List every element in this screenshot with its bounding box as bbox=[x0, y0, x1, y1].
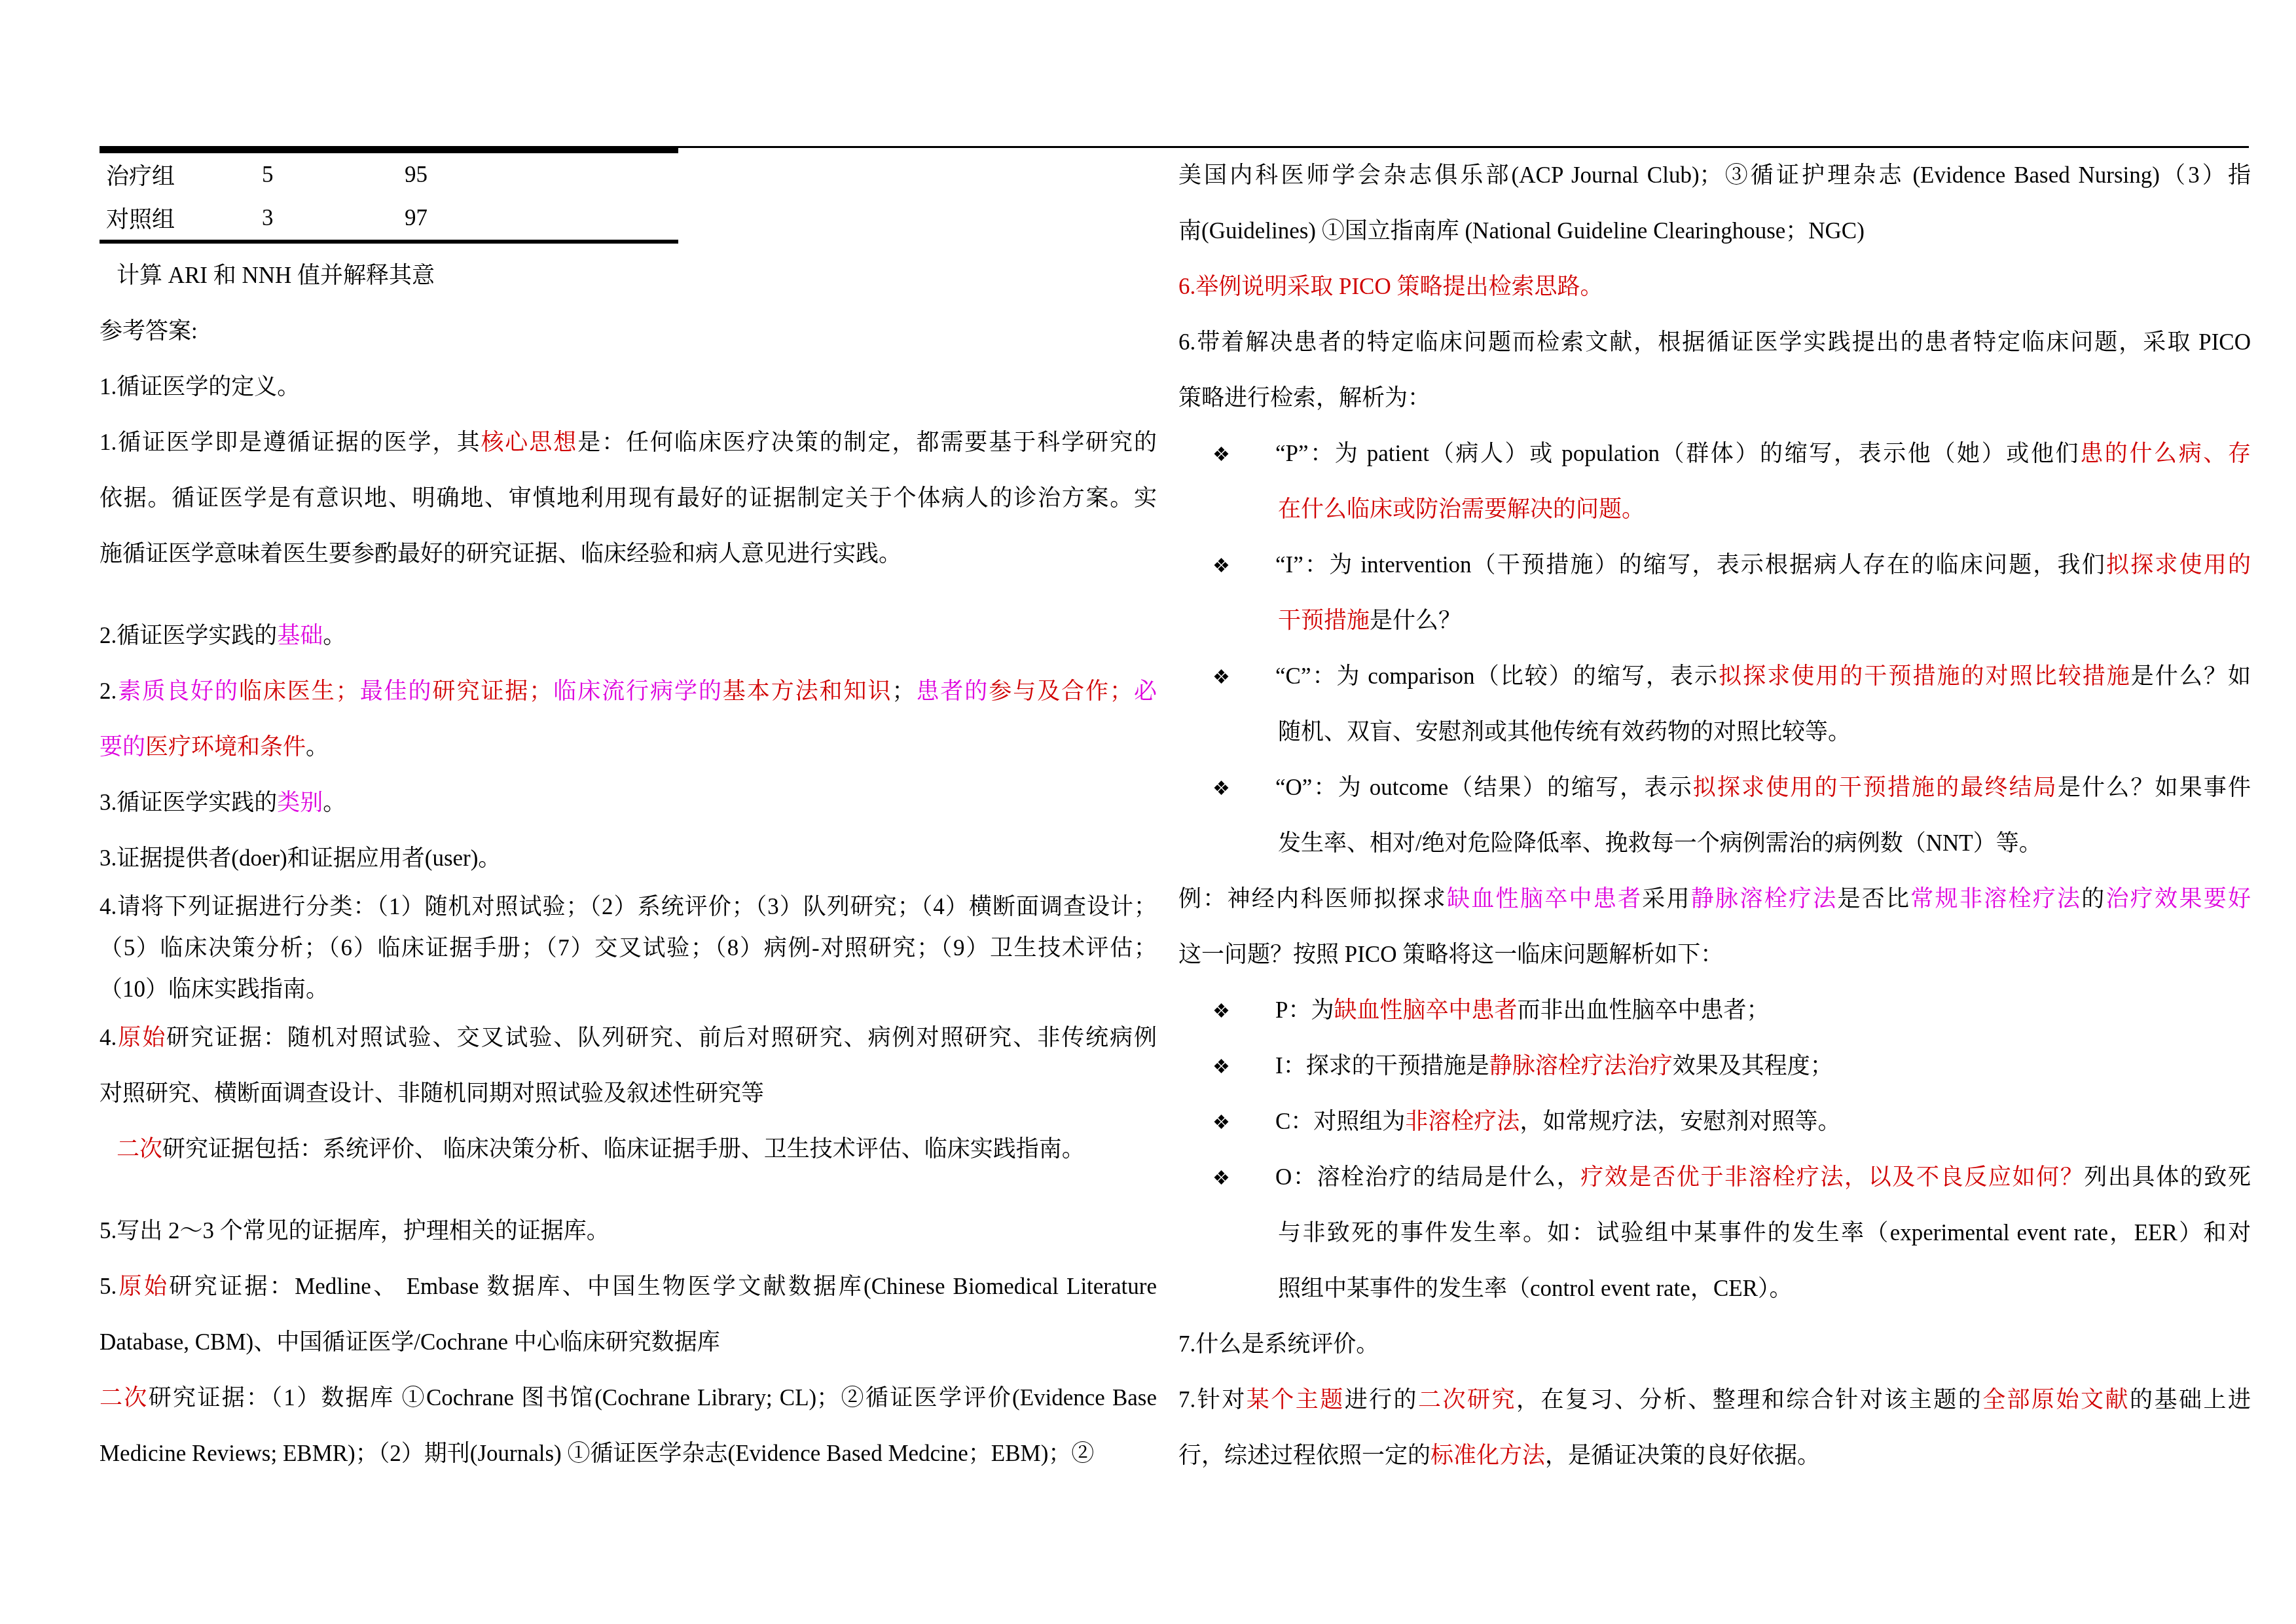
text-line: 2.素质良好的临床医生；最佳的研究证据；临床流行病学的基本方法和知识；患者的参与… bbox=[100, 663, 1157, 719]
diamond-bullet-icon: ❖ bbox=[1212, 650, 1275, 704]
text-span: 基本方法和知识 bbox=[723, 678, 892, 704]
text-span: 最佳的 bbox=[359, 678, 433, 704]
bullet-text-line: ❖C：对照组为非溶栓疗法，如常规疗法，安慰剂对照等。 bbox=[1178, 1094, 2251, 1149]
text-span: 施循证医学意味着医生要参酌最好的研究证据、临床经验和病人意见进行实践。 bbox=[100, 541, 902, 566]
text-span: 5. bbox=[100, 1274, 117, 1299]
text-span: 与非致死的事件发生率。如：试验组中某事件的发生率（experimental ev… bbox=[1278, 1220, 2251, 1246]
text-span: 缺血性脑卒中患者 bbox=[1447, 886, 1642, 912]
text-span: 研究证据：（1）数据库 ①Cochrane 图书馆(Cochrane Libra… bbox=[149, 1385, 1157, 1411]
bullet-text-line: ❖“O”：为 outcome（结果）的缩写，表示拟探求使用的干预措施的最终结局是… bbox=[1178, 760, 2251, 815]
text-span: 基础 bbox=[277, 623, 323, 648]
text-span: 1.循证医学的定义。 bbox=[100, 374, 300, 399]
text-span: 2. bbox=[100, 678, 117, 704]
text-span: 类别 bbox=[277, 790, 323, 815]
text-span: 行，综述过程依照一定的 bbox=[1178, 1443, 1430, 1468]
text-span: 治疗效果要好 bbox=[2106, 886, 2251, 912]
table-cell: 对照组 bbox=[100, 202, 262, 234]
text-span: 照组中某事件的发生率（control event rate，CER）。 bbox=[1278, 1276, 1792, 1301]
diamond-bullet-icon: ❖ bbox=[1212, 761, 1275, 815]
text-line: 行，综述过程依照一定的标准化方法，是循证决策的良好依据。 bbox=[1178, 1428, 2251, 1483]
text-span: 二次 bbox=[100, 1385, 149, 1411]
text-line: 2.循证医学实践的基础。 bbox=[100, 608, 1157, 663]
text-span: 采用 bbox=[1642, 886, 1691, 912]
text-span: （10）临床实践指南。 bbox=[100, 976, 329, 1002]
text-span: “I”：为 intervention（干预措施）的缩写，表示根据病人存在的临床问… bbox=[1275, 552, 2106, 578]
text-line: 例：神经内科医师拟探求缺血性脑卒中患者采用静脉溶栓疗法是否比常规非溶栓疗法的治疗… bbox=[1178, 871, 2251, 927]
table-cell: 95 bbox=[405, 162, 678, 188]
text-span: 是什么？如果事件 bbox=[2058, 775, 2251, 800]
text-span: 6.带着解决患者的特定临床问题而检索文献，根据循证医学实践提出的患者特定临床问题… bbox=[1178, 329, 2251, 355]
text-span: 研究证据：Medline、 Embase 数据库、中国生物医学文献数据库(Chi… bbox=[169, 1274, 1157, 1299]
text-span: 7.什么是系统评价。 bbox=[1178, 1331, 1379, 1357]
text-span: 是：任何临床医疗决策的制定，都需要基于科学研究的 bbox=[577, 430, 1157, 455]
text-line: 这一问题？按照 PICO 策略将这一临床问题解析如下： bbox=[1178, 927, 2251, 982]
text-span: 某个主题 bbox=[1247, 1387, 1345, 1412]
text-line: 5.写出 2～3 个常见的证据库，护理相关的证据库。 bbox=[100, 1203, 1157, 1259]
text-span: 静脉溶栓疗法 bbox=[1691, 886, 1838, 912]
text-line: 要的医疗环境和条件。 bbox=[100, 719, 1157, 775]
text-span: 的 bbox=[2081, 886, 2105, 912]
bullet-text-line: ❖“P”：为 patient（病人）或 population（群体）的缩写，表示… bbox=[1178, 426, 2251, 481]
text-span: 发生率、相对/绝对危险降低率、挽救每一个病例需治的病例数（NNT）等。 bbox=[1278, 830, 2042, 856]
text-span: ，如常规疗法，安慰剂对照等。 bbox=[1520, 1109, 1840, 1134]
text-span: 临床流行病学的 bbox=[552, 678, 723, 704]
diamond-bullet-icon: ❖ bbox=[1212, 984, 1275, 1039]
text-span: “P”：为 patient（病人）或 population（群体）的缩写，表示他… bbox=[1275, 441, 2080, 466]
text-span: ，在复习、分析、整理和综合针对该主题的 bbox=[1516, 1387, 1982, 1412]
data-table: 治疗组595对照组397 bbox=[100, 147, 678, 244]
text-span: 。 bbox=[323, 623, 346, 648]
text-span: 核心思想 bbox=[481, 430, 577, 455]
text-span: Database, CBM)、中国循证医学/Cochrane 中心临床研究数据库 bbox=[100, 1329, 720, 1355]
bullet-text-line: ❖“I”：为 intervention（干预措施）的缩写，表示根据病人存在的临床… bbox=[1178, 537, 2251, 593]
text-span: 必 bbox=[1133, 678, 1157, 704]
text-line: 二次研究证据：（1）数据库 ①Cochrane 图书馆(Cochrane Lib… bbox=[100, 1370, 1157, 1426]
text-span: P：为 bbox=[1275, 997, 1334, 1023]
bullet-text-line: ❖P：为缺血性脑卒中患者而非出血性脑卒中患者； bbox=[1178, 982, 2251, 1038]
text-span: 非溶栓疗法 bbox=[1405, 1109, 1520, 1134]
text-line: 参考答案: bbox=[100, 303, 1157, 359]
text-span: 2.循证医学实践的 bbox=[100, 623, 277, 648]
diamond-bullet-icon: ❖ bbox=[1212, 427, 1275, 481]
text-span: 4. bbox=[100, 1025, 117, 1050]
text-line: 5.原始研究证据：Medline、 Embase 数据库、中国生物医学文献数据库… bbox=[100, 1259, 1157, 1314]
document-page: 治疗组595对照组397 计算 ARI 和 NNH 值并解释其意参考答案:1.循… bbox=[0, 0, 2296, 1624]
text-line: 干预措施是什么？ bbox=[1178, 593, 2251, 648]
text-span: 1.循证医学即是遵循证据的医学，其 bbox=[100, 430, 481, 455]
text-span: 患者的 bbox=[915, 678, 989, 704]
text-line: 对照研究、横断面调查设计、非随机同期对照试验及叙述性研究等 bbox=[100, 1065, 1157, 1121]
text-span: Medicine Reviews; EBMR)；（2）期刊(Journals) … bbox=[100, 1441, 1094, 1466]
text-line: Medicine Reviews; EBMR)；（2）期刊(Journals) … bbox=[100, 1426, 1157, 1481]
text-line: 7.什么是系统评价。 bbox=[1178, 1316, 2251, 1372]
table-cell: 97 bbox=[405, 205, 678, 231]
text-line: 3.证据提供者(doer)和证据应用者(user)。 bbox=[100, 830, 1157, 886]
table-cell: 治疗组 bbox=[100, 158, 262, 191]
text-span: “O”：为 outcome（结果）的缩写，表示 bbox=[1275, 775, 1693, 800]
text-line: 1.循证医学即是遵循证据的医学，其核心思想是：任何临床医疗决策的制定，都需要基于… bbox=[100, 415, 1157, 470]
text-span: 美国内科医师学会杂志俱乐部(ACP Journal Club)；③循证护理杂志 … bbox=[1178, 162, 2251, 188]
text-span: 4.请将下列证据进行分类：（1）随机对照试验；（2）系统评价；（3）队列研究；（… bbox=[100, 894, 1157, 919]
text-span: 在什么临床或防治需要解决的问题。 bbox=[1278, 496, 1645, 522]
text-span: 拟探求使用的干预措施的对照比较措施 bbox=[1719, 663, 2131, 689]
table-cell: 3 bbox=[262, 205, 405, 231]
text-span: 原始 bbox=[117, 1025, 166, 1050]
text-span: 患的什么病、存 bbox=[2080, 441, 2251, 466]
text-span: I：探求的干预措施是 bbox=[1275, 1053, 1489, 1079]
text-line: 照组中某事件的发生率（control event rate，CER）。 bbox=[1178, 1261, 2251, 1316]
text-line: （5）临床决策分析；（6）临床证据手册；（7）交叉试验；（8）病例-对照研究；（… bbox=[100, 927, 1157, 969]
text-span: 研究证据 bbox=[433, 678, 530, 704]
text-span: 静脉溶栓疗法治疗 bbox=[1489, 1053, 1673, 1079]
text-line: 6.举例说明采取 PICO 策略提出检索思路。 bbox=[1178, 259, 2251, 314]
text-span: 列出具体的致死 bbox=[2084, 1164, 2251, 1190]
text-span: 。 bbox=[323, 790, 346, 815]
text-line: 施循证医学意味着医生要参酌最好的研究证据、临床经验和病人意见进行实践。 bbox=[100, 526, 1157, 581]
text-line: 与非致死的事件发生率。如：试验组中某事件的发生率（experimental ev… bbox=[1178, 1205, 2251, 1261]
text-span: 二次研究 bbox=[1418, 1387, 1516, 1412]
text-span: 医疗环境和条件 bbox=[145, 734, 306, 760]
text-line: 二次研究证据包括：系统评价、 临床决策分析、临床证据手册、卫生技术评估、临床实践… bbox=[100, 1121, 1157, 1177]
text-span: O：溶栓治疗的结局是什么， bbox=[1275, 1164, 1580, 1190]
text-span: 对照研究、横断面调查设计、非随机同期对照试验及叙述性研究等 bbox=[100, 1080, 764, 1106]
diamond-bullet-icon: ❖ bbox=[1212, 1095, 1275, 1151]
text-span: 临床医生 bbox=[239, 678, 336, 704]
text-span: 素质良好的 bbox=[117, 678, 239, 704]
bullet-text-line: ❖“C”：为 comparison（比较）的缩写，表示拟探求使用的干预措施的对照… bbox=[1178, 648, 2251, 704]
text-span: 计算 ARI 和 NNH 值并解释其意 bbox=[117, 263, 435, 288]
text-span: 全部原始文献 bbox=[1982, 1387, 2130, 1412]
text-span: 要的 bbox=[100, 734, 145, 760]
text-span: 南(Guidelines) ①国立指南库 (National Guideline… bbox=[1178, 218, 1865, 244]
text-line: 4.原始研究证据：随机对照试验、交叉试验、队列研究、前后对照研究、病例对照研究、… bbox=[100, 1010, 1157, 1065]
text-span: 策略进行检索，解析为： bbox=[1178, 385, 1430, 411]
text-span: 的基础上进 bbox=[2130, 1387, 2251, 1412]
text-span: 7.针对 bbox=[1178, 1387, 1247, 1412]
text-span: 5.写出 2～3 个常见的证据库，护理相关的证据库。 bbox=[100, 1218, 610, 1244]
diamond-bullet-icon: ❖ bbox=[1212, 538, 1275, 593]
text-span: 参考答案: bbox=[100, 318, 198, 344]
text-span: 依据。循证医学是有意识地、明确地、审慎地利用现有最好的证据制定关于个体病人的诊治… bbox=[100, 485, 1157, 511]
text-span: 拟探求使用的 bbox=[2106, 552, 2251, 578]
text-span: 缺血性脑卒中患者 bbox=[1334, 997, 1517, 1023]
text-span: 原始 bbox=[117, 1274, 169, 1299]
left-column-text: 计算 ARI 和 NNH 值并解释其意参考答案:1.循证医学的定义。1.循证医学… bbox=[100, 248, 1157, 1481]
text-line: 在什么临床或防治需要解决的问题。 bbox=[1178, 481, 2251, 537]
text-span: （5）临床决策分析；（6）临床证据手册；（7）交叉试验；（8）病例-对照研究；（… bbox=[100, 935, 1157, 961]
table-cell: 5 bbox=[262, 162, 405, 188]
text-span: C：对照组为 bbox=[1275, 1109, 1405, 1134]
text-span: 3.证据提供者(doer)和证据应用者(user)。 bbox=[100, 845, 501, 871]
text-line: 1.循证医学的定义。 bbox=[100, 359, 1157, 415]
text-line: 7.针对某个主题进行的二次研究，在复习、分析、整理和综合针对该主题的全部原始文献… bbox=[1178, 1372, 2251, 1428]
text-span: ； bbox=[892, 678, 915, 704]
text-span: ； bbox=[1110, 678, 1133, 704]
text-span: 而非出血性脑卒中患者； bbox=[1517, 997, 1769, 1023]
text-span: ； bbox=[529, 678, 552, 704]
text-span: 6.举例说明采取 PICO 策略提出检索思路。 bbox=[1178, 274, 1603, 299]
diamond-bullet-icon: ❖ bbox=[1212, 1151, 1275, 1205]
text-line: 南(Guidelines) ①国立指南库 (National Guideline… bbox=[1178, 203, 2251, 259]
text-line: 计算 ARI 和 NNH 值并解释其意 bbox=[100, 248, 1157, 303]
text-span: 常规非溶栓疗法 bbox=[1910, 886, 2081, 912]
text-span: 拟探求使用的干预措施的最终结局 bbox=[1693, 775, 2058, 800]
text-span: 3.循证医学实践的 bbox=[100, 790, 277, 815]
text-span: 是什么？如 bbox=[2131, 663, 2251, 689]
text-span: 研究证据包括：系统评价、 临床决策分析、临床证据手册、卫生技术评估、临床实践指南… bbox=[162, 1136, 1085, 1162]
text-span: 例：神经内科医师拟探求 bbox=[1178, 886, 1447, 912]
table-row: 对照组397 bbox=[100, 196, 678, 240]
text-line: 依据。循证医学是有意识地、明确地、审慎地利用现有最好的证据制定关于个体病人的诊治… bbox=[100, 470, 1157, 526]
text-span: 干预措施 bbox=[1278, 608, 1370, 633]
text-line: 发生率、相对/绝对危险降低率、挽救每一个病例需治的病例数（NNT）等。 bbox=[1178, 815, 2251, 871]
text-span: 研究证据：随机对照试验、交叉试验、队列研究、前后对照研究、病例对照研究、非传统病… bbox=[166, 1025, 1157, 1050]
text-span: ，是循证决策的良好依据。 bbox=[1545, 1443, 1820, 1468]
left-column: 治疗组595对照组397 计算 ARI 和 NNH 值并解释其意参考答案:1.循… bbox=[100, 147, 1157, 1481]
text-span: ； bbox=[336, 678, 359, 704]
text-line: 随机、双盲、安慰剂或其他传统有效药物的对照比较等。 bbox=[1178, 704, 2251, 760]
diamond-bullet-icon: ❖ bbox=[1212, 1039, 1275, 1095]
text-span: 。 bbox=[306, 734, 329, 760]
text-line: 美国内科医师学会杂志俱乐部(ACP Journal Club)；③循证护理杂志 … bbox=[1178, 147, 2251, 203]
text-span: 进行的 bbox=[1345, 1387, 1418, 1412]
text-line: 6.带着解决患者的特定临床问题而检索文献，根据循证医学实践提出的患者特定临床问题… bbox=[1178, 314, 2251, 370]
text-span: 随机、双盲、安慰剂或其他传统有效药物的对照比较等。 bbox=[1278, 719, 1851, 745]
bullet-text-line: ❖O：溶栓治疗的结局是什么，疗效是否优于非溶栓疗法，以及不良反应如何？列出具体的… bbox=[1178, 1149, 2251, 1205]
text-span: 参与及合作 bbox=[989, 678, 1110, 704]
text-span: 效果及其程度； bbox=[1673, 1053, 1833, 1079]
right-column: 美国内科医师学会杂志俱乐部(ACP Journal Club)；③循证护理杂志 … bbox=[1178, 147, 2251, 1483]
text-span: 标准化方法 bbox=[1430, 1443, 1545, 1468]
bullet-text-line: ❖I：探求的干预措施是静脉溶栓疗法治疗效果及其程度； bbox=[1178, 1038, 2251, 1094]
text-line: （10）临床实践指南。 bbox=[100, 969, 1157, 1010]
text-line: 3.循证医学实践的类别。 bbox=[100, 775, 1157, 830]
table-row: 治疗组595 bbox=[100, 153, 678, 196]
text-span: 这一问题？按照 PICO 策略将这一临床问题解析如下： bbox=[1178, 942, 1723, 967]
text-span: 是否比 bbox=[1838, 886, 1911, 912]
text-span: 二次 bbox=[117, 1136, 162, 1162]
text-span: 疗效是否优于非溶栓疗法，以及不良反应如何？ bbox=[1580, 1164, 2084, 1190]
text-span: “C”：为 comparison（比较）的缩写，表示 bbox=[1275, 663, 1719, 689]
text-span: 是什么？ bbox=[1370, 608, 1461, 633]
text-line: 策略进行检索，解析为： bbox=[1178, 370, 2251, 426]
text-line: Database, CBM)、中国循证医学/Cochrane 中心临床研究数据库 bbox=[100, 1314, 1157, 1370]
text-line: 4.请将下列证据进行分类：（1）随机对照试验；（2）系统评价；（3）队列研究；（… bbox=[100, 886, 1157, 927]
